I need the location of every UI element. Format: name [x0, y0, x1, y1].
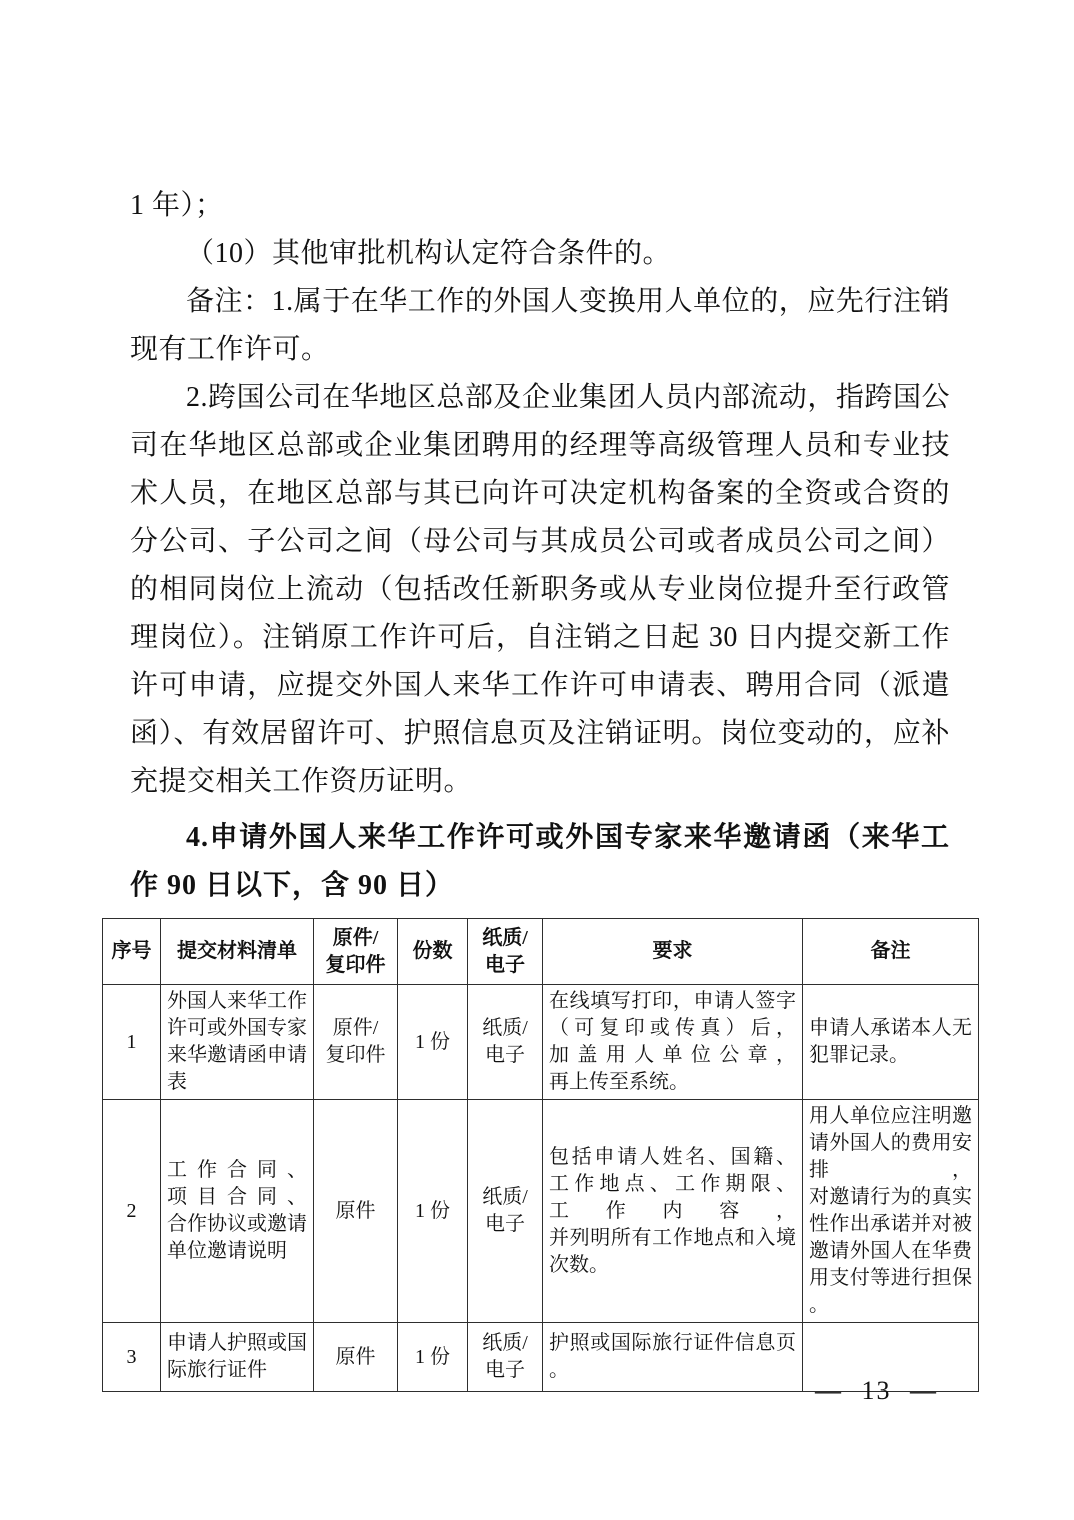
- cell-materials: 申请人护照或国际旅行证件: [161, 1323, 314, 1392]
- cell-remarks: 申请人承诺本人无犯罪记录。: [803, 985, 979, 1100]
- paragraph-item-10: （10）其他审批机构认定符合条件的。: [130, 230, 950, 278]
- document-page: 1 年）； （10）其他审批机构认定符合条件的。 备注：1.属于在华工作的外国人…: [0, 0, 1074, 1520]
- cell-requirements: 包括申请人姓名、国籍、工作地点、工作期限、工作内容，并列明所有工作地点和入境次数…: [543, 1100, 803, 1323]
- cell-materials: 外国人来华工作许可或外国专家来华邀请函申请表: [161, 985, 314, 1100]
- paragraph-remark-2: 2.跨国公司在华地区总部及企业集团人员内部流动，指跨国公司在华地区总部或企业集团…: [130, 374, 950, 806]
- col-header-seq: 序号: [103, 919, 161, 985]
- col-header-requirements: 要求: [543, 919, 803, 985]
- cell-paper-electronic: 纸质/​电子: [468, 1100, 543, 1323]
- cell-seq: 2: [103, 1100, 161, 1323]
- cell-remarks: 用人单位应注明邀请外国人的费用安排，对邀请行为的真实性作出承诺并对被邀请外国人在…: [803, 1100, 979, 1323]
- section-heading: 4.申请外国人来华工作许可或外国专家来华邀请函（来华工作 90 日以下，含 90…: [130, 814, 950, 910]
- col-header-remarks: 备注: [803, 919, 979, 985]
- cell-count: 1 份: [398, 985, 468, 1100]
- table-header-row: 序号 提交材料清单 原件/​复印件 份数 纸质/​电子 要求 备注: [103, 919, 979, 985]
- table-row: 1 外国人来华工作许可或外国专家来华邀请函申请表 原件/​复印件 1 份 纸质/…: [103, 985, 979, 1100]
- col-header-materials: 提交材料清单: [161, 919, 314, 985]
- cell-seq: 1: [103, 985, 161, 1100]
- col-header-original-copy: 原件/​复印件: [314, 919, 398, 985]
- cell-count: 1 份: [398, 1100, 468, 1323]
- paragraph-remark-1: 备注：1.属于在华工作的外国人变换用人单位的，应先行注销现有工作许可。: [130, 278, 950, 374]
- body-text-block: 1 年）； （10）其他审批机构认定符合条件的。 备注：1.属于在华工作的外国人…: [130, 182, 950, 910]
- materials-table: 序号 提交材料清单 原件/​复印件 份数 纸质/​电子 要求 备注 1 外国人来…: [102, 918, 979, 1392]
- col-header-count: 份数: [398, 919, 468, 985]
- table-row: 2 工作合同、项目合同、合作协议或邀请单位邀请说明 原件 1 份 纸质/​电子 …: [103, 1100, 979, 1323]
- cell-paper-electronic: 纸质/​电子: [468, 1323, 543, 1392]
- cell-requirements: 在线填写打印，申请人签字（可复印或传真）后，加盖用人单位公章，再上传至系统。: [543, 985, 803, 1100]
- cell-original-copy: 原件/​复印件: [314, 985, 398, 1100]
- cell-seq: 3: [103, 1323, 161, 1392]
- cell-original-copy: 原件: [314, 1323, 398, 1392]
- cell-requirements: 护照或国际旅行证件信息页。: [543, 1323, 803, 1392]
- cell-original-copy: 原件: [314, 1100, 398, 1323]
- cell-materials: 工作合同、项目合同、合作协议或邀请单位邀请说明: [161, 1100, 314, 1323]
- cell-paper-electronic: 纸质/​电子: [468, 985, 543, 1100]
- paragraph-continuation: 1 年）；: [130, 182, 950, 230]
- page-number: — 13 —: [815, 1376, 938, 1406]
- cell-count: 1 份: [398, 1323, 468, 1392]
- col-header-paper-electronic: 纸质/​电子: [468, 919, 543, 985]
